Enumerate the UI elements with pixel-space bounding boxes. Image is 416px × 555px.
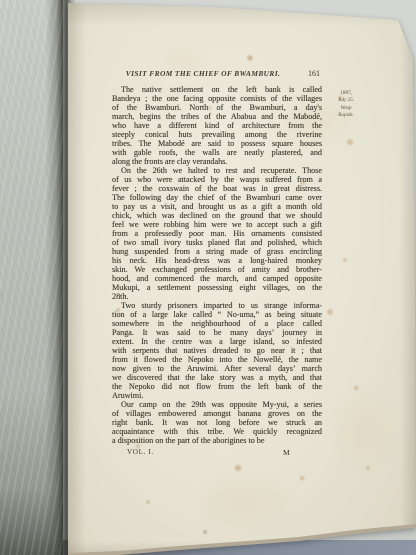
text-line: tion of a large lake called “ No-uma,” a…: [112, 310, 322, 319]
sidenote-line: July 25.: [326, 97, 366, 104]
text-line: feel we were robbing him were we to acce…: [112, 220, 322, 229]
text-line: chick, which was declined on the ground …: [112, 211, 322, 220]
running-head: VISIT FROM THE CHIEF OF BWAMBURI. 161: [112, 69, 322, 79]
sidenote-line: Rapids.: [326, 112, 366, 119]
sidenote: 1887,July 25.WaspRapids.: [326, 90, 366, 120]
page-number: 161: [308, 69, 320, 78]
text-line: his neck. His head-dress was a long-hair…: [112, 256, 322, 265]
text-line: from it flowed the Nepoko into the Nowel…: [112, 355, 322, 364]
text-line: hung suspended from a string made of gra…: [112, 247, 322, 256]
text-line: with gable roofs, the walls are neatly p…: [112, 148, 322, 157]
sidenote-line: 1887,: [326, 90, 366, 97]
text-line: to pay us a visit, and brought us as a g…: [112, 202, 322, 211]
text-line: tribes. The Mabodé are said to possess s…: [112, 139, 322, 148]
book-page: VISIT FROM THE CHIEF OF BWAMBURI. 161 18…: [64, 0, 416, 555]
text-line: right bank. It was not long before we st…: [112, 418, 322, 427]
book-page-wrap: VISIT FROM THE CHIEF OF BWAMBURI. 161 18…: [64, 0, 416, 555]
text-line: On the 26th we halted to rest and recupe…: [112, 166, 322, 175]
text-line: of the Bwamburi. North of the Bwamburi, …: [112, 103, 322, 112]
text-line: a disposition on the part of the aborigi…: [112, 436, 322, 445]
text-line: Aruwimi.: [112, 391, 322, 400]
text-line: with serpents that natives dreaded to go…: [112, 346, 322, 355]
text-line: now given to the Aruwimi. After several …: [112, 364, 322, 373]
text-line: The native settlement on the left bank i…: [112, 85, 322, 94]
text-line: Bandeya ; the one facing opposite consis…: [112, 94, 322, 103]
volume-label: VOL. I.: [127, 448, 154, 456]
text-line: we discovered that the lake story was a …: [112, 373, 322, 382]
text-line: acquaintance with this tribe. We quickly…: [112, 427, 322, 436]
running-title: VISIT FROM THE CHIEF OF BWAMBURI.: [98, 69, 308, 78]
text-line: along the fronts are clay verandahs.: [112, 157, 322, 166]
sidenote-line: Wasp: [326, 105, 366, 112]
text-line: Panga. It was said to be many days’ jour…: [112, 328, 322, 337]
opposite-page-edge: [0, 0, 63, 555]
text-line: hood, and commenced the march, and campe…: [112, 274, 322, 283]
text-line: from a professedly poor man. His ornamen…: [112, 229, 322, 238]
text-line: fever ; the coxswain of the boat was in …: [112, 184, 322, 193]
text-line: The following day the chief of the Bwamb…: [112, 193, 322, 202]
text-line: of villages embowered amongst banana gro…: [112, 409, 322, 418]
page-body: The native settlement on the left bank i…: [112, 85, 322, 445]
book-photo-scene: VISIT FROM THE CHIEF OF BWAMBURI. 161 18…: [0, 0, 416, 555]
text-line: Mukupi, a settlement possessing eight vi…: [112, 283, 322, 292]
text-line: skin. We exchanged professions of amity …: [112, 265, 322, 274]
signature-mark: M: [283, 448, 290, 457]
text-line: of two small ivory tusks planed flat and…: [112, 238, 322, 247]
text-line: somewhere in the neighbourhood of a plac…: [112, 319, 322, 328]
text-line: who have a different kind of architectur…: [112, 121, 322, 130]
text-line: Our camp on the 29th was opposite My-yui…: [112, 400, 322, 409]
text-line: 28th.: [112, 292, 322, 301]
text-line: steeply conical huts prevailing among th…: [112, 130, 322, 139]
text-line: Two sturdy prisoners imparted to us stra…: [112, 301, 322, 310]
text-line: extent. In the centre was a large island…: [112, 337, 322, 346]
text-line: the Nepoko did not flow from the left ba…: [112, 382, 322, 391]
text-line: of us who were attacked by the wasps suf…: [112, 175, 322, 184]
text-line: march, begins the tribes of the Ababua a…: [112, 112, 322, 121]
page-footer: VOL. I. M: [112, 448, 322, 458]
